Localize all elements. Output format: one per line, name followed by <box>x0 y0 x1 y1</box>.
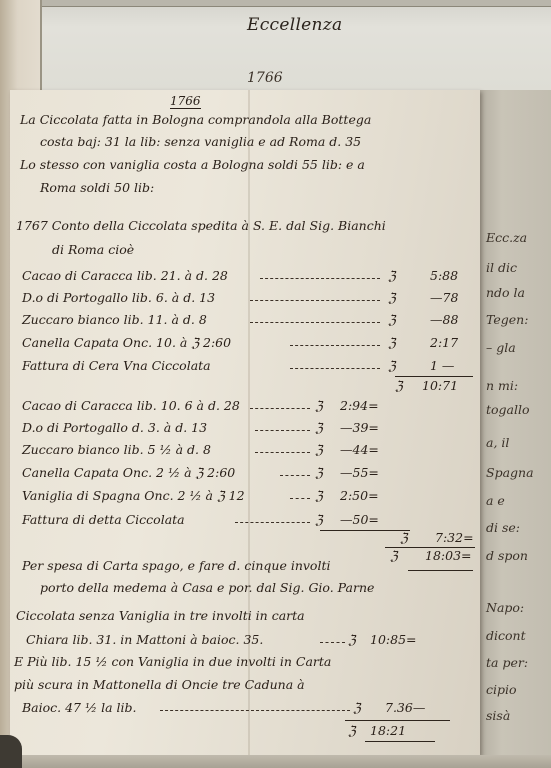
currency-symbol: ℨ <box>388 312 396 327</box>
item-amount: —39= <box>340 420 379 435</box>
margin-word: Napo: <box>486 600 524 615</box>
ledger-sheet: 1766 La Ciccolata fatta in Bologna compr… <box>10 90 480 755</box>
leader-dashes <box>255 452 310 453</box>
closing-amount: 10:85= <box>370 632 417 647</box>
leader-dashes <box>160 710 350 711</box>
item-amount: —44= <box>340 442 379 457</box>
item-amount: —55= <box>340 465 379 480</box>
closing-line: Ciccolata senza Vaniglia in tre involti … <box>16 608 305 624</box>
grand-total-currency: ℨ <box>348 723 356 738</box>
currency-symbol: ℨ <box>315 488 323 503</box>
section2-subtotal: 7:32= <box>435 530 474 545</box>
margin-word: dicont <box>486 628 526 643</box>
grand-total-underline <box>365 741 435 742</box>
intro-line: Roma soldi 50 lib: <box>40 180 154 196</box>
account-heading: 1767 Conto della Ciccolata spedita à S. … <box>16 218 386 234</box>
currency-symbol: ℨ <box>353 700 361 715</box>
total-underline <box>408 570 473 571</box>
item-label: Cacao di Caracca lib. 10. 6 à d. 28 <box>22 398 240 413</box>
leader-dashes <box>320 642 345 643</box>
margin-word: a e <box>486 493 505 508</box>
currency-symbol: ℨ <box>315 398 323 413</box>
closing-line: Baioc. 47 ½ la lib. <box>22 700 136 716</box>
item-label: Canella Capata Onc. 2 ½ à ℨ 2:60 <box>22 465 235 480</box>
margin-word: di se: <box>486 520 520 535</box>
item-amount: —78 <box>430 290 458 305</box>
closing-line: più scura in Mattonella di Oncie tre Cad… <box>14 677 305 693</box>
subtotal-rule <box>320 530 410 531</box>
currency-symbol: ℨ <box>388 335 396 350</box>
item-label: Zuccaro bianco lib. 11. à d. 8 <box>22 312 207 327</box>
margin-word: – gla <box>486 340 516 355</box>
currency-symbol: ℨ <box>315 420 323 435</box>
closing-line: Chiara lib. 31. in Mattoni à baioc. 35. <box>26 632 263 648</box>
bottom-paper-edge <box>0 755 551 768</box>
item-label: Vaniglia di Spagna Onc. 2 ½ à ℨ 12 <box>22 488 245 503</box>
margin-word: Spagna <box>486 465 534 480</box>
item-amount: 2:17 <box>430 335 458 350</box>
item-label: Canella Capata Onc. 10. à ℨ 2:60 <box>22 335 231 350</box>
item-label: Cacao di Caracca lib. 21. à d. 28 <box>22 268 228 283</box>
leader-dashes <box>290 345 380 346</box>
currency-symbol: ℨ <box>388 358 396 373</box>
item-amount: —50= <box>340 512 379 527</box>
margin-word: sisà <box>486 708 510 723</box>
currency-symbol: ℨ <box>315 442 323 457</box>
currency-symbol: ℨ <box>388 268 396 283</box>
item-amount: 1 — <box>430 358 454 373</box>
margin-word: togallo <box>486 402 530 417</box>
currency-symbol: ℨ <box>348 632 356 647</box>
margin-word: Ecc.za <box>486 230 527 245</box>
grand-total: 18:21 <box>370 723 406 738</box>
subtotal-currency: ℨ <box>395 378 403 393</box>
running-total: 18:03= <box>425 548 472 563</box>
margin-word: d spon <box>486 548 528 563</box>
item-label: D.o di Portogallo lib. 6. à d. 13 <box>22 290 215 305</box>
dark-corner <box>0 735 22 768</box>
closing-line: porto della medema à Casa e por. dal Sig… <box>40 580 374 596</box>
item-label: D.o di Portogallo d. 3. à d. 13 <box>22 420 207 435</box>
item-label: Fattura di detta Ciccolata <box>22 512 185 527</box>
account-heading-sub: di Roma cioè <box>52 242 134 258</box>
intro-line: costa baj: 31 la lib: senza vaniglia e a… <box>40 134 361 150</box>
leader-dashes <box>235 522 310 523</box>
leader-dashes <box>250 408 310 409</box>
item-label: Fattura di Cera Vna Ciccolata <box>22 358 211 373</box>
currency-symbol: ℨ <box>315 512 323 527</box>
margin-word: ta per: <box>486 655 528 670</box>
item-amount: —88 <box>430 312 458 327</box>
header-title: Eccellenza <box>247 15 343 35</box>
grand-total-rule <box>345 720 450 721</box>
margin-word: il dic <box>486 260 517 275</box>
leader-dashes <box>290 498 310 499</box>
margin-word: Tegen: <box>486 312 528 327</box>
subtotal-currency: ℨ <box>400 530 408 545</box>
total-currency: ℨ <box>390 548 398 563</box>
margin-word: n mi: <box>486 378 518 393</box>
item-label: Zuccaro bianco lib. 5 ½ à d. 8 <box>22 442 211 457</box>
header-year: 1766 <box>247 70 283 86</box>
intro-line: Lo stesso con vaniglia costa a Bologna s… <box>20 157 365 173</box>
intro-line: La Ciccolata fatta in Bologna comprandol… <box>20 112 371 128</box>
header-sheet-edge <box>42 0 551 7</box>
margin-word: a, il <box>486 435 509 450</box>
item-amount: 2:94= <box>340 398 379 413</box>
leader-dashes <box>255 430 310 431</box>
year-heading: 1766 <box>170 94 201 109</box>
currency-symbol: ℨ <box>388 290 396 305</box>
leader-dashes <box>290 368 380 369</box>
leader-dashes <box>250 322 380 323</box>
subtotal-rule <box>395 376 473 377</box>
currency-symbol: ℨ <box>315 465 323 480</box>
right-margin-sheet: Ecc.za il dic ndo la Tegen: – gla n mi: … <box>478 90 551 768</box>
leader-dashes <box>280 475 310 476</box>
margin-word: cipio <box>486 682 517 697</box>
section1-subtotal: 10:71 <box>422 378 458 393</box>
margin-word: ndo la <box>486 285 525 300</box>
closing-line: Per spesa di Carta spago, e fare d. cinq… <box>22 558 330 574</box>
closing-amount: 7.36— <box>385 700 425 715</box>
item-amount: 5:88 <box>430 268 458 283</box>
leader-dashes <box>260 278 380 279</box>
leader-dashes <box>250 300 380 301</box>
item-amount: 2:50= <box>340 488 379 503</box>
closing-line: E Più lib. 15 ½ con Vaniglia in due invo… <box>14 654 331 670</box>
header-sheet: Eccellenza 1766 <box>40 0 551 92</box>
